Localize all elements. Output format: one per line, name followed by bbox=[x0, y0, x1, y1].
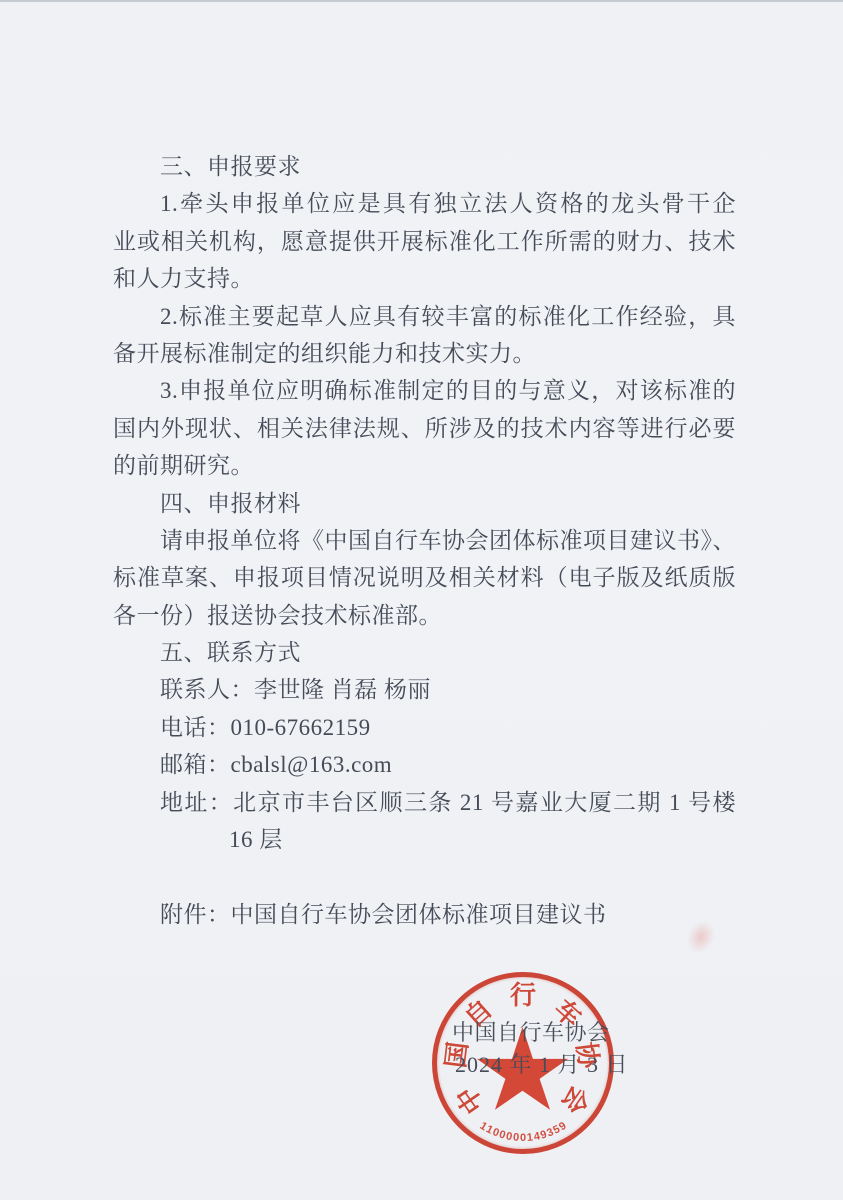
heading-application-materials: 四、申报材料 bbox=[113, 485, 736, 522]
seal-serial-digit: 1 bbox=[481, 1122, 497, 1138]
seal-serial-digit: 3 bbox=[542, 1125, 558, 1141]
document-body: 三、申报要求 1.牵头申报单位应是具有独立法人资格的龙头骨干企 业或相关机构，愿… bbox=[113, 148, 736, 934]
seal-serial-digit: 0 bbox=[510, 1131, 523, 1144]
issue-date-text: 2024 年 1 月 3 日 bbox=[455, 1052, 620, 1078]
seal-ring-char: 协 bbox=[571, 1040, 602, 1071]
seal-serial-digit: 0 bbox=[488, 1125, 504, 1141]
para-materials-line-2: 标准草案、申报项目情况说明及相关材料（电子版及纸质版 bbox=[113, 559, 736, 596]
seal-serial-digit: 0 bbox=[517, 1132, 529, 1144]
seal-serial-digit: 1 bbox=[475, 1118, 492, 1135]
para-requirement-3-line-3: 的前期研究。 bbox=[113, 447, 736, 484]
seal-serial-digit: 9 bbox=[554, 1118, 571, 1135]
star-icon bbox=[475, 1027, 570, 1118]
official-seal: 中 国 自 行 车 协 会 1 1 0 0 0 0 0 1 4 9 3 5 9 bbox=[432, 972, 614, 1154]
seal-ring-char: 车 bbox=[547, 994, 587, 1034]
para-requirement-1-line-1: 1.牵头申报单位应是具有独立法人资格的龙头骨干企 bbox=[113, 185, 736, 222]
issuer-name-text: 中国自行车协会 bbox=[452, 1020, 612, 1046]
seal-serial-digit: 0 bbox=[502, 1130, 516, 1144]
contact-phone-line: 电话：010-67662159 bbox=[113, 709, 736, 746]
seal-ring-char: 行 bbox=[509, 982, 537, 1010]
para-materials-line-1: 请申报单位将《中国自行车协会团体标准项目建议书》、 bbox=[113, 522, 736, 559]
contact-address-line-1: 地址：北京市丰台区顺三条 21 号嘉业大厦二期 1 号楼 bbox=[113, 784, 736, 821]
contact-person-line: 联系人：李世隆 肖磊 杨丽 bbox=[113, 671, 736, 708]
para-requirement-1-line-3: 和人力支持。 bbox=[113, 260, 736, 297]
para-requirement-2-line-2: 备开展标准制定的组织能力和技术实力。 bbox=[113, 335, 736, 372]
heading-application-requirements: 三、申报要求 bbox=[113, 148, 736, 185]
seal-ring-char: 中 bbox=[451, 1080, 490, 1119]
contact-address-line-2: 16 层 bbox=[113, 821, 736, 858]
para-requirement-2-line-1: 2.标准主要起草人应具有较丰富的标准化工作经验，具 bbox=[113, 298, 736, 335]
seal-ring-char: 自 bbox=[459, 994, 499, 1034]
heading-contact-info: 五、联系方式 bbox=[113, 634, 736, 671]
para-materials-line-3: 各一份）报送协会技术标准部。 bbox=[113, 597, 736, 634]
scan-edge bbox=[0, 0, 843, 2]
scanned-document-page: 三、申报要求 1.牵头申报单位应是具有独立法人资格的龙头骨干企 业或相关机构，愿… bbox=[0, 0, 843, 1200]
seal-serial-digit: 1 bbox=[523, 1131, 536, 1144]
attachment-line: 附件：中国自行车协会团体标准项目建议书 bbox=[113, 896, 736, 933]
para-requirement-3-line-2: 国内外现状、相关法律法规、所涉及的技术内容等进行必要 bbox=[113, 410, 736, 447]
seal-serial-digit: 9 bbox=[536, 1128, 551, 1143]
seal-serial-digit: 4 bbox=[530, 1130, 544, 1144]
seal-ring-char: 会 bbox=[555, 1080, 594, 1119]
seal-serial-digit: 0 bbox=[495, 1128, 510, 1143]
para-requirement-3-line-1: 3.申报单位应明确标准制定的目的与意义，对该标准的 bbox=[113, 372, 736, 409]
seal-ring-char: 国 bbox=[442, 1039, 473, 1070]
seal-ring-border bbox=[432, 972, 614, 1154]
para-requirement-1-line-2: 业或相关机构，愿意提供开展标准化工作所需的财力、技术 bbox=[113, 223, 736, 260]
seal-serial-digit: 5 bbox=[549, 1122, 565, 1138]
contact-email-line: 邮箱：cbalsl@163.com bbox=[113, 746, 736, 783]
